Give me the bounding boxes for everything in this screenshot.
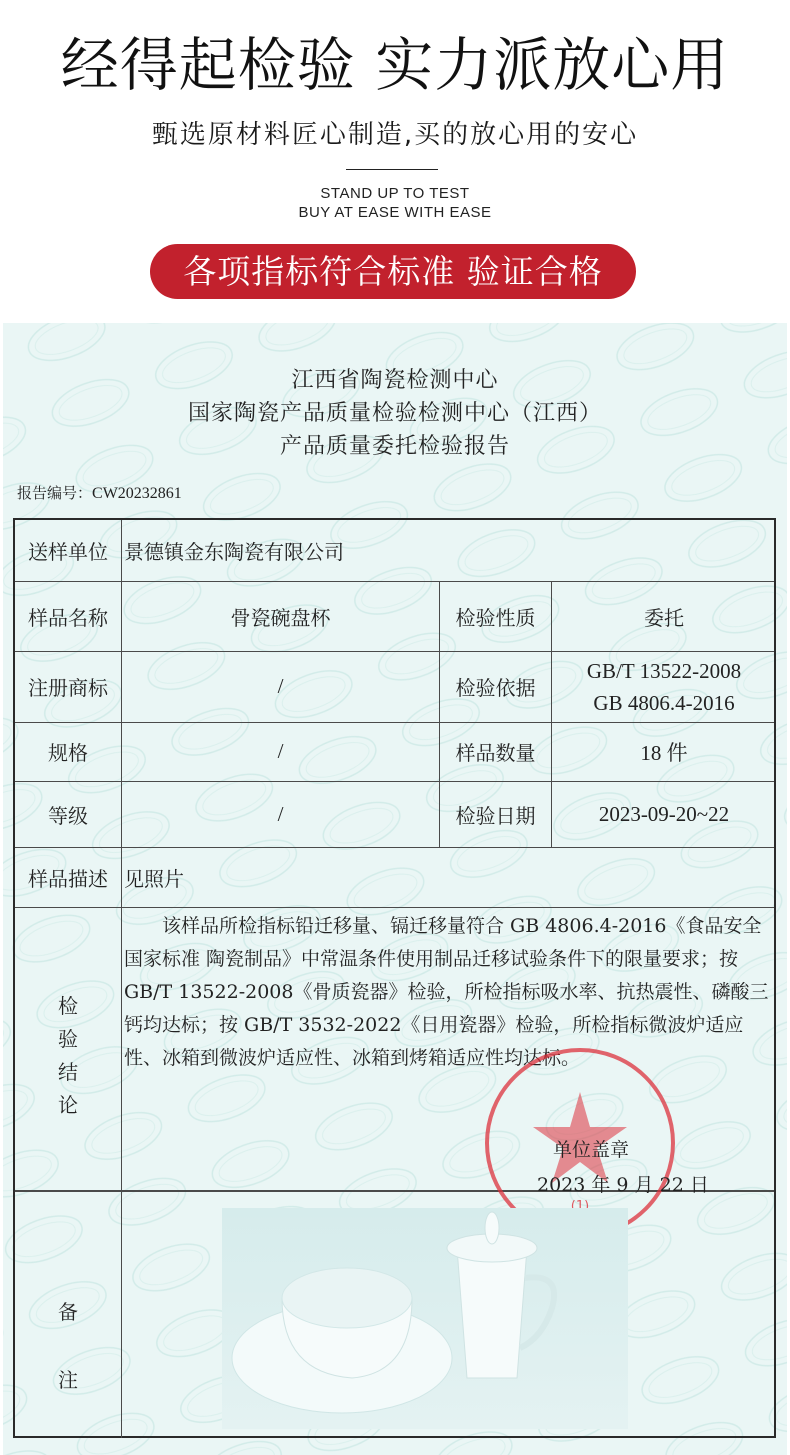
report-title: 产品质量委托检验报告 [3,429,787,460]
value-date: 2023-09-20~22 [552,781,776,847]
seal-label: 单位盖章 [553,1135,629,1162]
porcelain-set-image [222,1208,628,1429]
inspection-report: 江西省陶瓷检测中心 国家陶瓷产品质量检验检测中心（江西） 产品质量委托检验报告 … [3,323,787,1455]
label-remarks: 备 注 [15,1278,121,1414]
label-grade: 等级 [15,781,121,847]
value-inspection-nature: 委托 [552,581,776,651]
certified-banner: 各项指标符合标准 验证合格 [150,244,636,299]
label-char: 注 [15,1346,121,1414]
hero-title: 经得起检验 实力派放心用 [0,30,790,100]
report-number: 报告编号：CW20232861 [17,482,182,503]
english-line-2: BUY AT EASE WITH EASE [0,203,790,222]
value-sample-name: 骨瓷碗盘杯 [122,581,439,651]
label-inspection-nature: 检验性质 [440,581,551,651]
label-basis: 检验依据 [440,651,551,722]
label-char: 论 [15,1089,121,1122]
sample-photo [222,1208,628,1429]
basis-standard-1: GB/T 13522-2008 [587,655,741,687]
label-char: 验 [15,1023,121,1056]
divider [346,169,438,170]
conclusion-text: 该样品所检指标铅迁移量、镉迁移量符合 GB 4806.4-2016《食品安全国家… [124,910,774,1075]
label-trademark: 注册商标 [15,651,121,722]
seal-date: 2023 年 9 月 22 日 [537,1170,709,1197]
label-char: 结 [15,1056,121,1089]
value-spec: / [122,722,439,781]
label-quantity: 样品数量 [440,722,551,781]
hero-subtitle: 甄选原材料匠心制造,买的放心用的安心 [0,117,790,153]
report-number-label: 报告编号： [17,484,92,502]
label-sample-name: 样品名称 [15,581,121,651]
hero-english: STAND UP TO TEST BUY AT EASE WITH EASE [0,184,790,222]
label-description: 样品描述 [15,847,121,907]
value-grade: / [122,781,439,847]
label-char: 检 [15,990,121,1023]
label-sender: 送样单位 [15,520,121,581]
value-description: 见照片 [124,847,724,907]
report-number-value: CW20232861 [92,485,182,502]
label-spec: 规格 [15,722,121,781]
english-line-1: STAND UP TO TEST [0,184,790,203]
value-trademark: / [122,651,439,722]
label-conclusion: 检 验 结 论 [15,990,121,1122]
report-table: 送样单位 景德镇金东陶瓷有限公司 样品名称 骨瓷碗盘杯 检验性质 委托 注册商标… [13,518,776,1438]
basis-standard-2: GB 4806.4-2016 [593,687,734,719]
value-basis: GB/T 13522-2008 GB 4806.4-2016 [552,651,776,722]
value-quantity: 18 件 [552,722,776,781]
label-char: 备 [15,1278,121,1346]
report-center: 国家陶瓷产品质量检验检测中心（江西） [3,396,787,427]
label-date: 检验日期 [440,781,551,847]
value-sender: 景德镇金东陶瓷有限公司 [124,520,724,581]
report-org: 江西省陶瓷检测中心 [3,363,787,394]
row-divider [15,907,774,908]
